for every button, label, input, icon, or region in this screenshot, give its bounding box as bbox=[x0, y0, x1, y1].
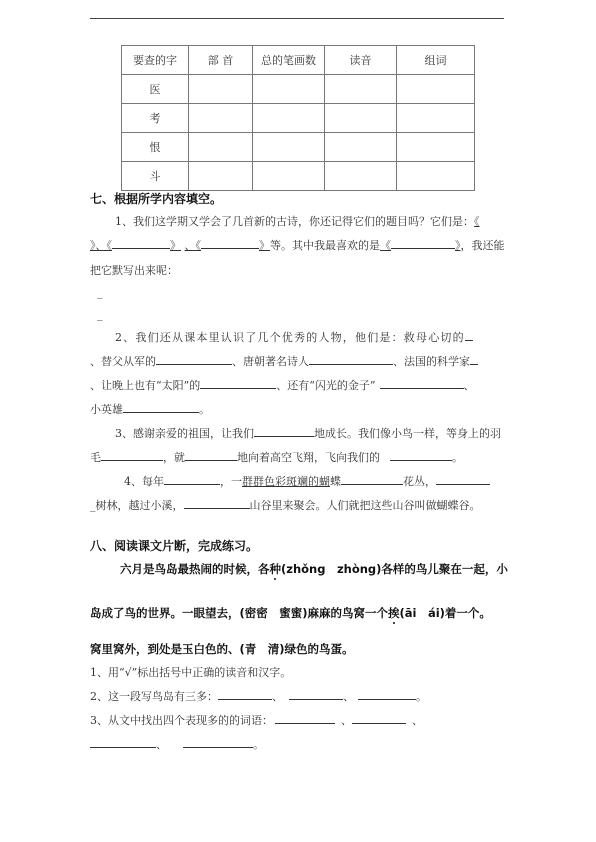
table-input-cell[interactable] bbox=[397, 133, 475, 162]
q2-blank-5[interactable] bbox=[200, 377, 276, 389]
table-row: 斗 bbox=[122, 162, 475, 191]
q3-text: 地成长。我们像小鸟一样，等身上的羽 bbox=[314, 427, 501, 440]
q2-line-2: 、替父从军的、唐朝著名诗人、法国的科学家 bbox=[90, 353, 478, 369]
section-8-heading: 八、阅读课文片断，完成练习。 bbox=[90, 537, 258, 554]
q4-underlined-text: 群群色彩斑斓的蝴 bbox=[242, 475, 330, 488]
q2-line-1: 2、我们还从课本里认识了几个优秀的人物，他们是：救母心切的 bbox=[115, 329, 473, 345]
s8-q2-blank-2[interactable] bbox=[289, 688, 343, 700]
q2-text: 、还有“闪光的金子” bbox=[276, 379, 375, 392]
q3-line-2: 毛，就地向着高空飞翔，飞向我们的。 bbox=[90, 449, 463, 465]
table-header-row: 要查的字 部 首 总的笔画数 读音 组词 bbox=[122, 46, 475, 75]
dotted-char: 挨 bbox=[388, 606, 400, 620]
q2-text: 、唐朝著名诗人 bbox=[232, 355, 309, 368]
table-input-cell[interactable] bbox=[325, 162, 397, 191]
table-row: 考 bbox=[122, 104, 475, 133]
q2-text: 小英雄 bbox=[90, 403, 123, 416]
q2-text: 、法国的科学家 bbox=[393, 355, 470, 368]
section-7-heading: 七、根据所学内容填空。 bbox=[90, 190, 222, 207]
table-char-cell: 医 bbox=[122, 75, 189, 104]
s8-q3-line-2: 、。 bbox=[90, 736, 264, 752]
q3-text: 毛 bbox=[90, 451, 101, 464]
passage-text: 六月是鸟岛最热闹的时候，各 bbox=[120, 562, 270, 576]
table-input-cell[interactable] bbox=[397, 75, 475, 104]
q3-text: 3、感谢亲爱的祖国，让我们 bbox=[115, 427, 254, 440]
s8-q3: 3、从文中找出四个表现多的的词语：、、 bbox=[90, 712, 423, 728]
q1-etc: 等。其中我最喜欢的是 bbox=[270, 239, 380, 252]
table-char-cell: 考 bbox=[122, 104, 189, 133]
q2-line-4: 小英雄。 bbox=[90, 401, 210, 417]
sep: 、 bbox=[272, 690, 283, 703]
table-input-cell[interactable] bbox=[397, 104, 475, 133]
passage-line-3[interactable]: 窝里窝外，到处是玉白色的、(青 清)绿色的鸟蛋。 bbox=[90, 641, 354, 657]
title-blank-2-end: 》 bbox=[170, 239, 181, 252]
q4-text: ，一 bbox=[220, 475, 242, 488]
end: 。 bbox=[253, 738, 264, 751]
q3-blank-2[interactable] bbox=[101, 449, 163, 461]
end: 。 bbox=[416, 690, 427, 703]
table-header-cell: 组词 bbox=[397, 46, 475, 75]
character-lookup-table: 要查的字 部 首 总的笔画数 读音 组词 医 考 恨 斗 bbox=[121, 45, 475, 191]
s8-q3-prompt: 3、从文中找出四个表现多的的词语： bbox=[90, 714, 273, 727]
sep: 、 bbox=[185, 239, 196, 252]
table-row: 医 bbox=[122, 75, 475, 104]
q2-blank-7[interactable] bbox=[123, 401, 199, 413]
q2-text: 、替父从军的 bbox=[90, 355, 156, 368]
favorite-blank[interactable]: 《 bbox=[380, 239, 391, 252]
q3-blank-1[interactable] bbox=[254, 425, 314, 437]
title-blank-3-line[interactable] bbox=[201, 237, 259, 249]
favorite-blank-line[interactable] bbox=[391, 237, 455, 249]
q1-line-2: 》、《》 、《》等。其中我最喜欢的是《》，我还能 bbox=[90, 237, 505, 253]
q1-prompt: 1、我们这学期又学会了几首新的古诗，你还记得它们的题目吗？它们是： bbox=[115, 215, 474, 228]
table-input-cell[interactable] bbox=[325, 133, 397, 162]
q2-blank-3[interactable] bbox=[309, 353, 393, 365]
q4-text: 蝶 bbox=[330, 475, 341, 488]
q2-blank-1[interactable] bbox=[465, 329, 473, 341]
table-input-cell[interactable] bbox=[253, 75, 325, 104]
s8-q3-blank-2[interactable] bbox=[352, 712, 406, 724]
s8-q2-prompt: 2、这一段写鸟岛有三多： bbox=[90, 690, 218, 703]
table-input-cell[interactable] bbox=[253, 104, 325, 133]
sep: 、 bbox=[343, 690, 354, 703]
q3-blank-4[interactable] bbox=[390, 449, 452, 461]
q3-line-1: 3、感谢亲爱的祖国，让我们地成长。我们像小鸟一样，等身上的羽 bbox=[115, 425, 501, 441]
header-rule bbox=[90, 18, 504, 19]
q4-blank-1[interactable] bbox=[164, 473, 220, 485]
dotted-char: 种 bbox=[270, 562, 282, 576]
poem-line-1[interactable]: _ bbox=[97, 286, 103, 299]
passage-text-choice[interactable]: 岛成了鸟的世界。一眼望去，(密密 蜜蜜)麻麻的鸟窝一个 bbox=[90, 606, 388, 620]
q4-blank-4[interactable] bbox=[184, 497, 250, 509]
q3-text: ，就 bbox=[163, 451, 185, 464]
q2-prompt: 2、我们还从课本里认识了几个优秀的人物，他们是：救母心切的 bbox=[115, 331, 465, 344]
poem-line-2[interactable]: _ bbox=[97, 308, 103, 321]
table-input-cell[interactable] bbox=[189, 133, 253, 162]
q4-line-1: 4、每年，一群群色彩斑斓的蝴蝶花丛， bbox=[124, 473, 490, 489]
q2-line-3: 、让晚上也有“太阳”的、还有“闪光的金子”、 bbox=[90, 377, 475, 393]
table-header-cell: 部 首 bbox=[189, 46, 253, 75]
table-header-cell: 读音 bbox=[325, 46, 397, 75]
table-input-cell[interactable] bbox=[253, 133, 325, 162]
q4-text: _树林，越过小溪， bbox=[90, 499, 184, 512]
table-input-cell[interactable] bbox=[189, 104, 253, 133]
table-input-cell[interactable] bbox=[189, 75, 253, 104]
sep: 、 bbox=[412, 714, 423, 727]
q2-blank-2[interactable] bbox=[156, 353, 232, 365]
q4-text: 花丛， bbox=[403, 475, 436, 488]
q2-text: 、让晚上也有“太阳”的 bbox=[90, 379, 200, 392]
pinyin-choice[interactable]: (āi ái)着一个。 bbox=[400, 606, 491, 620]
table-char-cell: 恨 bbox=[122, 133, 189, 162]
q4-text: 山谷里来聚会。人们就把这些山谷叫做蝴蝶谷。 bbox=[250, 499, 481, 512]
s8-q2-blank-1[interactable] bbox=[218, 688, 272, 700]
q4-text: 4、每年 bbox=[124, 475, 164, 488]
q2-text: 、 bbox=[464, 379, 475, 392]
title-blank-1[interactable]: 《 bbox=[474, 215, 480, 228]
q4-blank-3[interactable] bbox=[436, 473, 490, 485]
q1-line-1: 1、我们这学期又学会了几首新的古诗，你还记得它们的题目吗？它们是：《 bbox=[115, 213, 480, 229]
table-header-cell: 要查的字 bbox=[122, 46, 189, 75]
q2-blank-4[interactable] bbox=[470, 353, 478, 365]
sep: 、 bbox=[96, 239, 107, 252]
q3-blank-3[interactable] bbox=[185, 449, 237, 461]
s8-q2-blank-3[interactable] bbox=[358, 688, 416, 700]
table-header-cell: 总的笔画数 bbox=[253, 46, 325, 75]
s8-q3-blank-4[interactable] bbox=[183, 736, 253, 748]
q4-blank-2[interactable] bbox=[341, 473, 403, 485]
s8-q3-blank-1[interactable] bbox=[275, 712, 335, 724]
sep: 、 bbox=[341, 714, 352, 727]
passage-line-2: 岛成了鸟的世界。一眼望去，(密密 蜜蜜)麻麻的鸟窝一个挨(āi ái)着一个。 bbox=[90, 605, 491, 621]
title-blank-2-line[interactable] bbox=[112, 237, 170, 249]
table-input-cell[interactable] bbox=[325, 75, 397, 104]
q2-text: 。 bbox=[199, 403, 210, 416]
q1-line-3: 把它默写出来呢： bbox=[90, 262, 178, 278]
q4-line-2: _树林，越过小溪，山谷里来聚会。人们就把这些山谷叫做蝴蝶谷。 bbox=[90, 497, 481, 513]
table-input-cell[interactable] bbox=[189, 162, 253, 191]
table-input-cell[interactable] bbox=[397, 162, 475, 191]
pinyin-choice[interactable]: (zhǒng zhòng)各样的鸟儿聚在一起，小 bbox=[281, 562, 508, 576]
table-input-cell[interactable] bbox=[253, 162, 325, 191]
s8-q3-blank-3[interactable] bbox=[90, 736, 156, 748]
title-blank-3-end: 》 bbox=[259, 239, 270, 252]
q2-blank-6[interactable] bbox=[380, 377, 464, 389]
table-row: 恨 bbox=[122, 133, 475, 162]
q3-text: 地向着高空飞翔，飞向我们的 bbox=[237, 451, 380, 464]
q3-text: 。 bbox=[452, 451, 463, 464]
q1-tail: ，我还能 bbox=[461, 239, 505, 252]
sep: 、 bbox=[156, 738, 167, 751]
table-input-cell[interactable] bbox=[325, 104, 397, 133]
s8-q1: 1、用“√”标出括号中正确的读音和汉字。 bbox=[90, 664, 291, 680]
s8-q2: 2、这一段写鸟岛有三多：、、。 bbox=[90, 688, 427, 704]
table-char-cell: 斗 bbox=[122, 162, 189, 191]
passage-line-1: 六月是鸟岛最热闹的时候，各种(zhǒng zhòng)各样的鸟儿聚在一起，小 bbox=[120, 561, 508, 577]
